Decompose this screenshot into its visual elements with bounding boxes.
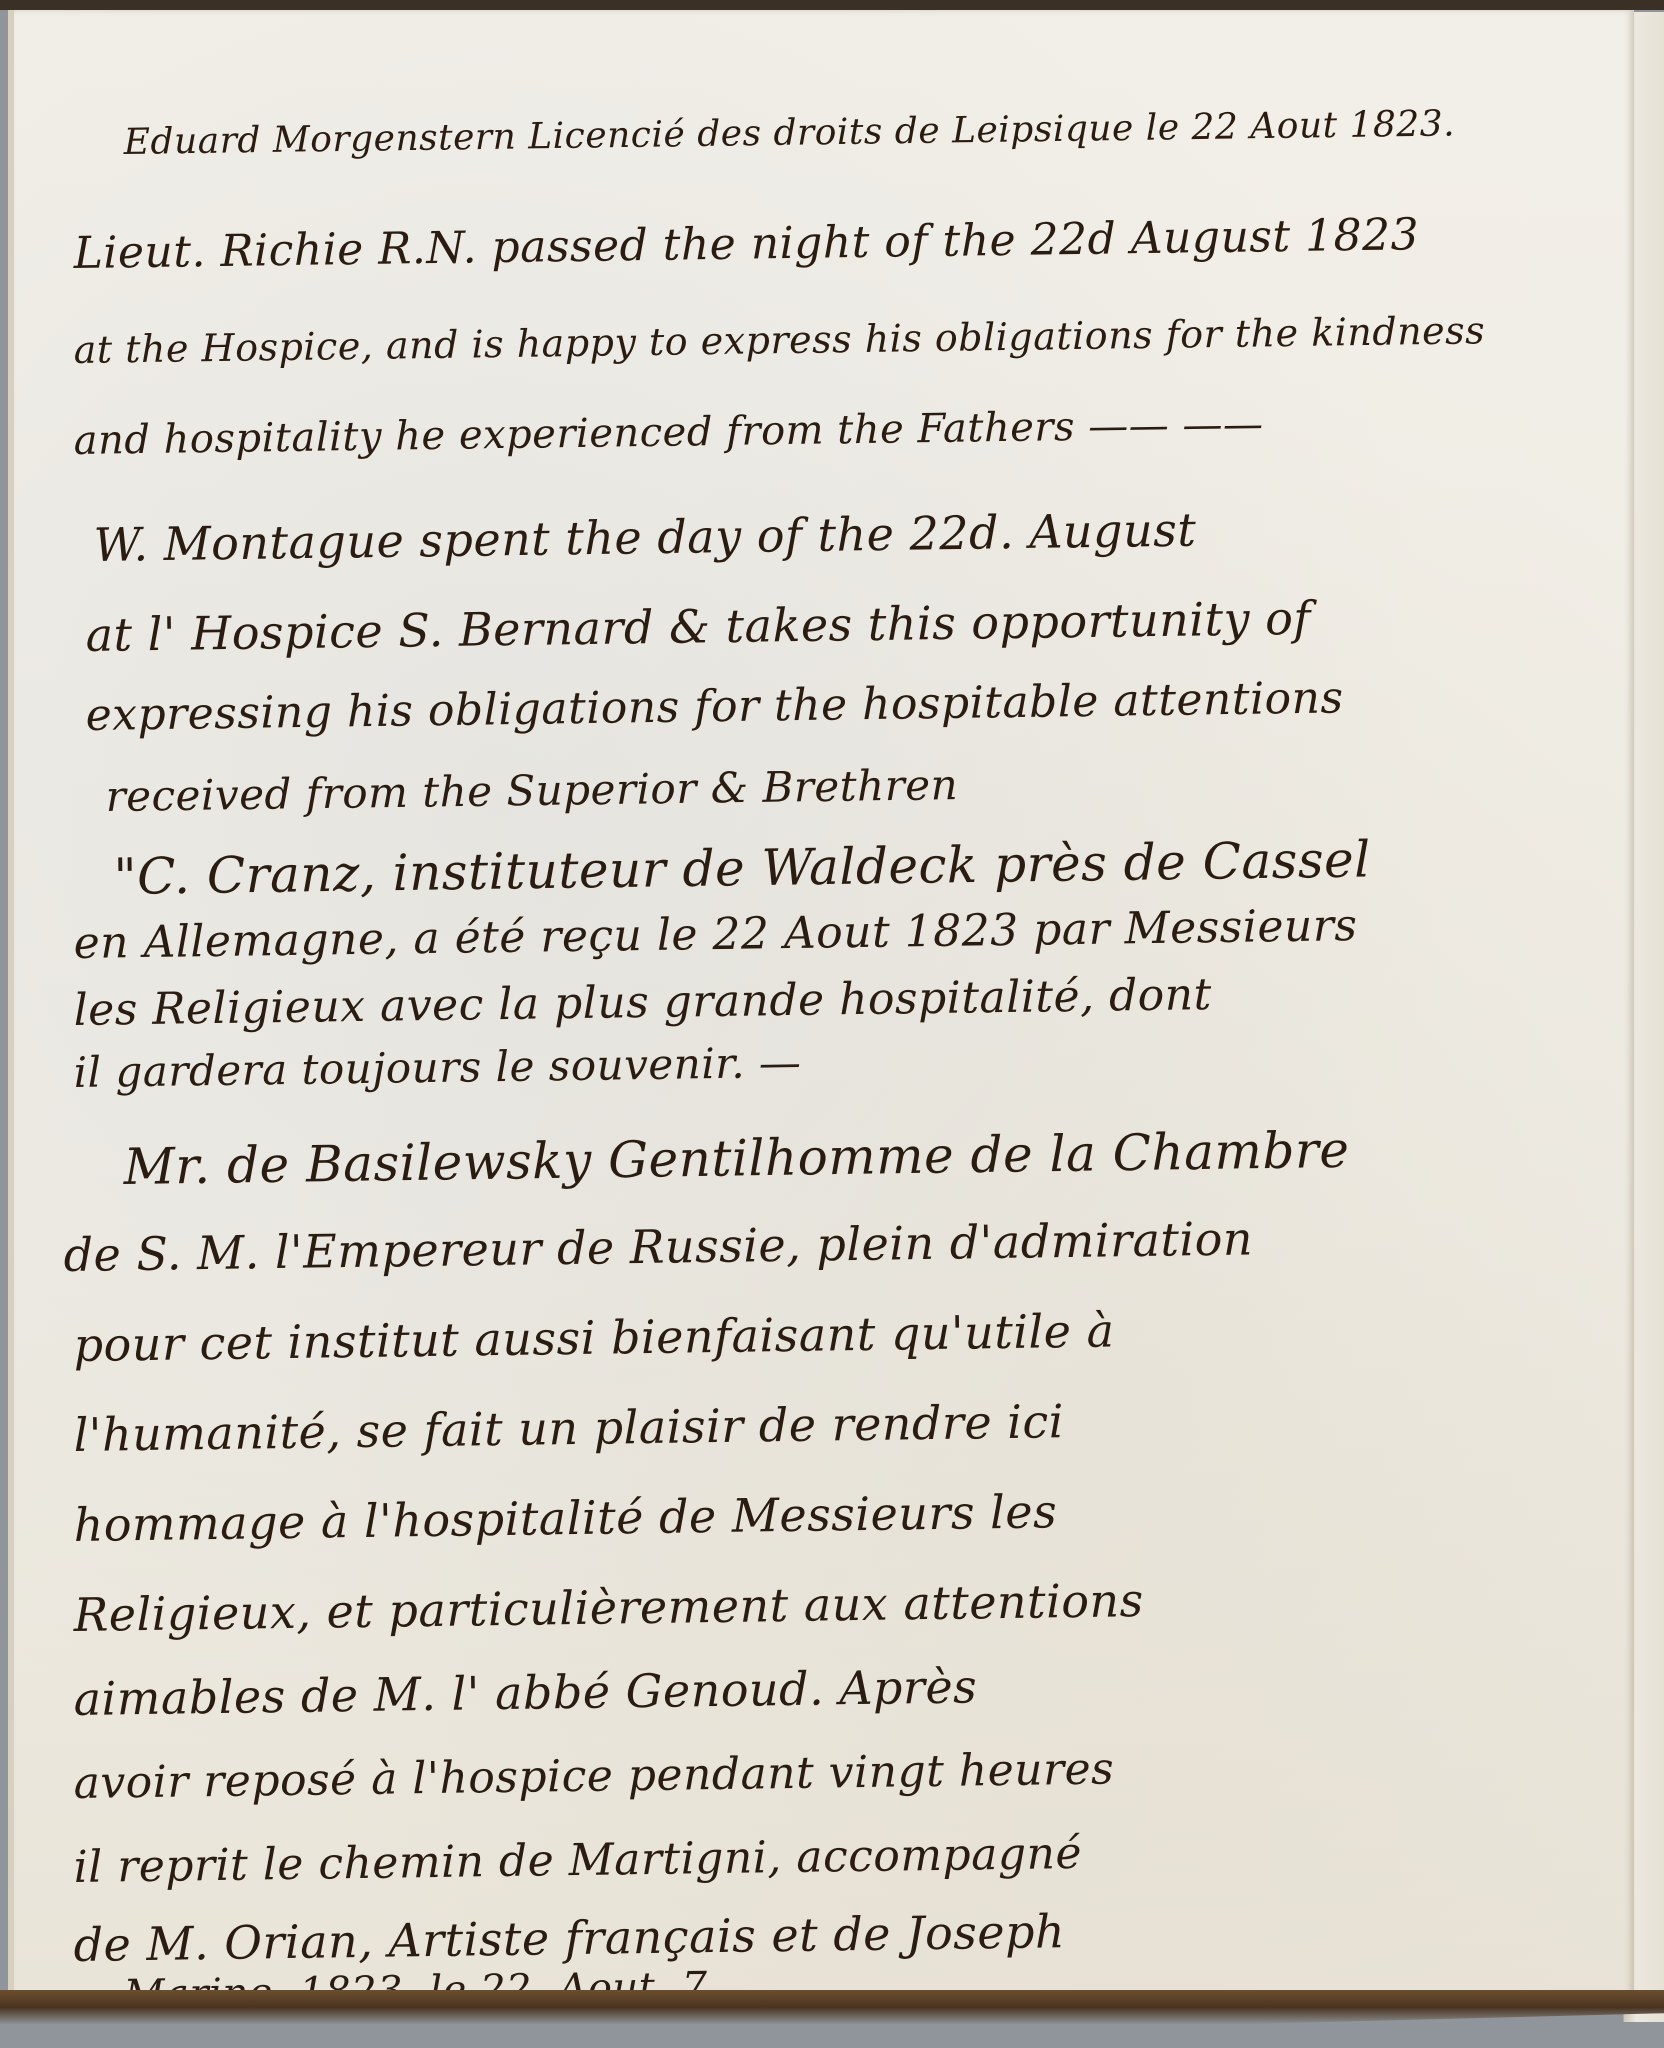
entry-cranz-line-1: "C. Cranz, instituteur de Waldeck près d… xyxy=(113,830,1371,906)
entry-richie-line-3: and hospitality he experienced from the … xyxy=(73,401,1263,464)
page-bottom-edge xyxy=(0,1990,1664,2048)
entry-basilewsky-line-1: Mr. de Basilewsky Gentilhomme de la Cham… xyxy=(123,1121,1350,1196)
entry-morgenstern-line-1: Eduard Morgenstern Licencié des droits d… xyxy=(123,103,1455,163)
manuscript-scan: Eduard Morgenstern Licencié des droits d… xyxy=(0,0,1664,2048)
entry-basilewsky-line-3: pour cet institut aussi bienfaisant qu'u… xyxy=(73,1303,1115,1372)
entry-basilewsky-line-2: de S. M. l'Empereur de Russie, plein d'a… xyxy=(63,1211,1253,1282)
entry-cranz-line-2: en Allemagne, a été reçu le 22 Aout 1823… xyxy=(73,900,1357,969)
entry-cranz-line-3: les Religieux avec la plus grande hospit… xyxy=(73,969,1212,1036)
entry-basilewsky-line-5: hommage à l'hospitalité de Messieurs les xyxy=(73,1484,1057,1552)
entry-basilewsky-line-7: aimables de M. l' abbé Genoud. Après xyxy=(73,1659,977,1726)
entry-cranz-line-4: il gardera toujours le souvenir. — xyxy=(73,1038,801,1097)
entry-basilewsky-line-9: il reprit le chemin de Martigni, accompa… xyxy=(73,1828,1082,1893)
entry-basilewsky-line-4: l'humanité, se fait un plaisir de rendre… xyxy=(73,1394,1064,1462)
entry-montague-line-4: received from the Superior & Brethren xyxy=(105,760,958,821)
entry-montague-line-2: at l' Hospice S. Bernard & takes this op… xyxy=(85,591,1311,662)
handwritten-text-block: Eduard Morgenstern Licencié des droits d… xyxy=(14,10,1634,2000)
manuscript-page: Eduard Morgenstern Licencié des droits d… xyxy=(8,10,1634,2000)
entry-basilewsky-line-10: de M. Orian, Artiste français et de Jose… xyxy=(73,1904,1065,1972)
entry-richie-line-1: Lieut. Richie R.N. passed the night of t… xyxy=(73,209,1419,279)
entry-montague-line-3: expressing his obligations for the hospi… xyxy=(85,672,1344,741)
entry-montague-line-1: W. Montague spent the day of the 22d. Au… xyxy=(93,503,1196,572)
entry-basilewsky-line-8: avoir reposé à l'hospice pendant vingt h… xyxy=(73,1743,1114,1809)
entry-richie-line-2: at the Hospice, and is happy to express … xyxy=(73,308,1485,372)
entry-basilewsky-line-6: Religieux, et particulièrement aux atten… xyxy=(73,1573,1144,1642)
